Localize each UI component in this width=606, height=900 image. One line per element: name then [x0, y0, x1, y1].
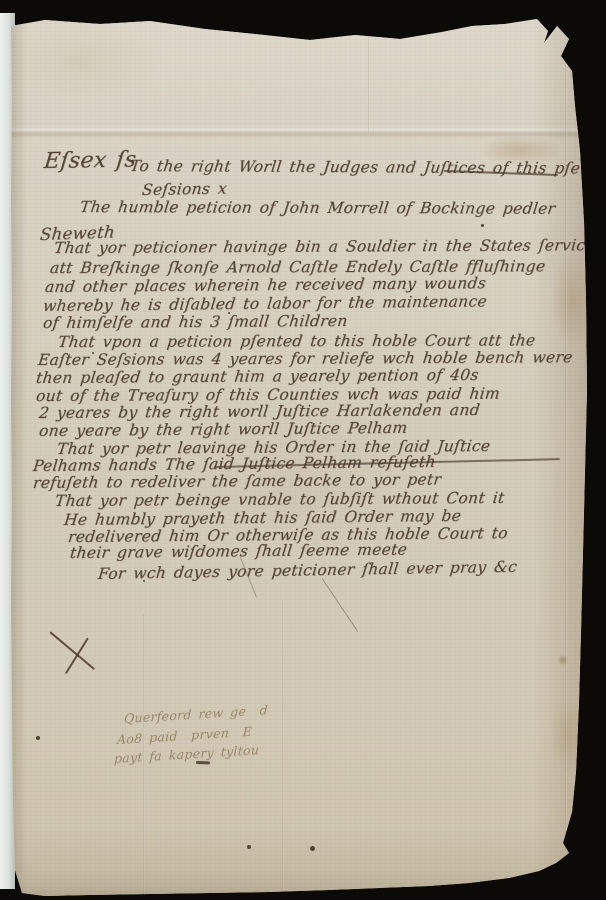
manuscript-line: their grave wiſdomes ſhall ſeeme meete: [69, 541, 408, 562]
manuscript-line: For wch dayes yore peticioner ſhall ever…: [97, 559, 518, 583]
manuscript-line: of himſelfe and his 3 ſmall Children: [42, 313, 349, 332]
manuscript-paper-sheet: Eſsex ſsTo the right Worll the Judges an…: [0, 0, 606, 900]
fold-crease-horizontal: [11, 126, 587, 138]
ink-speck: [247, 845, 251, 849]
ink-speck: [92, 352, 94, 354]
manuscript-line: 2 yeares by the right worll Juſtice Harl…: [38, 402, 481, 422]
ink-speck: [310, 846, 315, 851]
crease-vertical: [565, 60, 567, 850]
crease-vertical: [368, 22, 370, 134]
ink-speck: [36, 736, 40, 740]
deckle-edge-shade: [533, 18, 589, 888]
ink-speck: [481, 224, 484, 227]
crease-vertical: [282, 600, 284, 895]
ink-speck: [228, 312, 230, 314]
x-mark-stroke: [65, 637, 89, 674]
ink-speck: [143, 580, 145, 582]
paper-bottom-shade: [11, 828, 587, 898]
photograph-background: Eſsex ſsTo the right Worll the Judges an…: [0, 0, 606, 900]
flourish-stroke: [322, 578, 359, 632]
manuscript-line: To the right Worll the Judges and Juſtic…: [129, 158, 598, 177]
manuscript-line: That yor peticioner havinge bin a Souldi…: [53, 237, 596, 257]
ink-dash: [196, 761, 210, 764]
gutter-shadow: [11, 20, 27, 896]
clerk-annotation-line: Querfeord rew ge d: [124, 703, 269, 726]
paper-top-highlight: [11, 18, 581, 130]
manuscript-line: The humble peticion of John Morrell of B…: [79, 199, 556, 218]
manuscript-line: Eſsex ſs: [43, 148, 138, 174]
manuscript-line: Seſsions x: [141, 181, 228, 200]
clerk-annotation-line: payt fa kapery tyltou: [114, 743, 260, 766]
manuscript-line: Eaſter Seſsions was 4 yeares for reliefe…: [37, 349, 574, 369]
